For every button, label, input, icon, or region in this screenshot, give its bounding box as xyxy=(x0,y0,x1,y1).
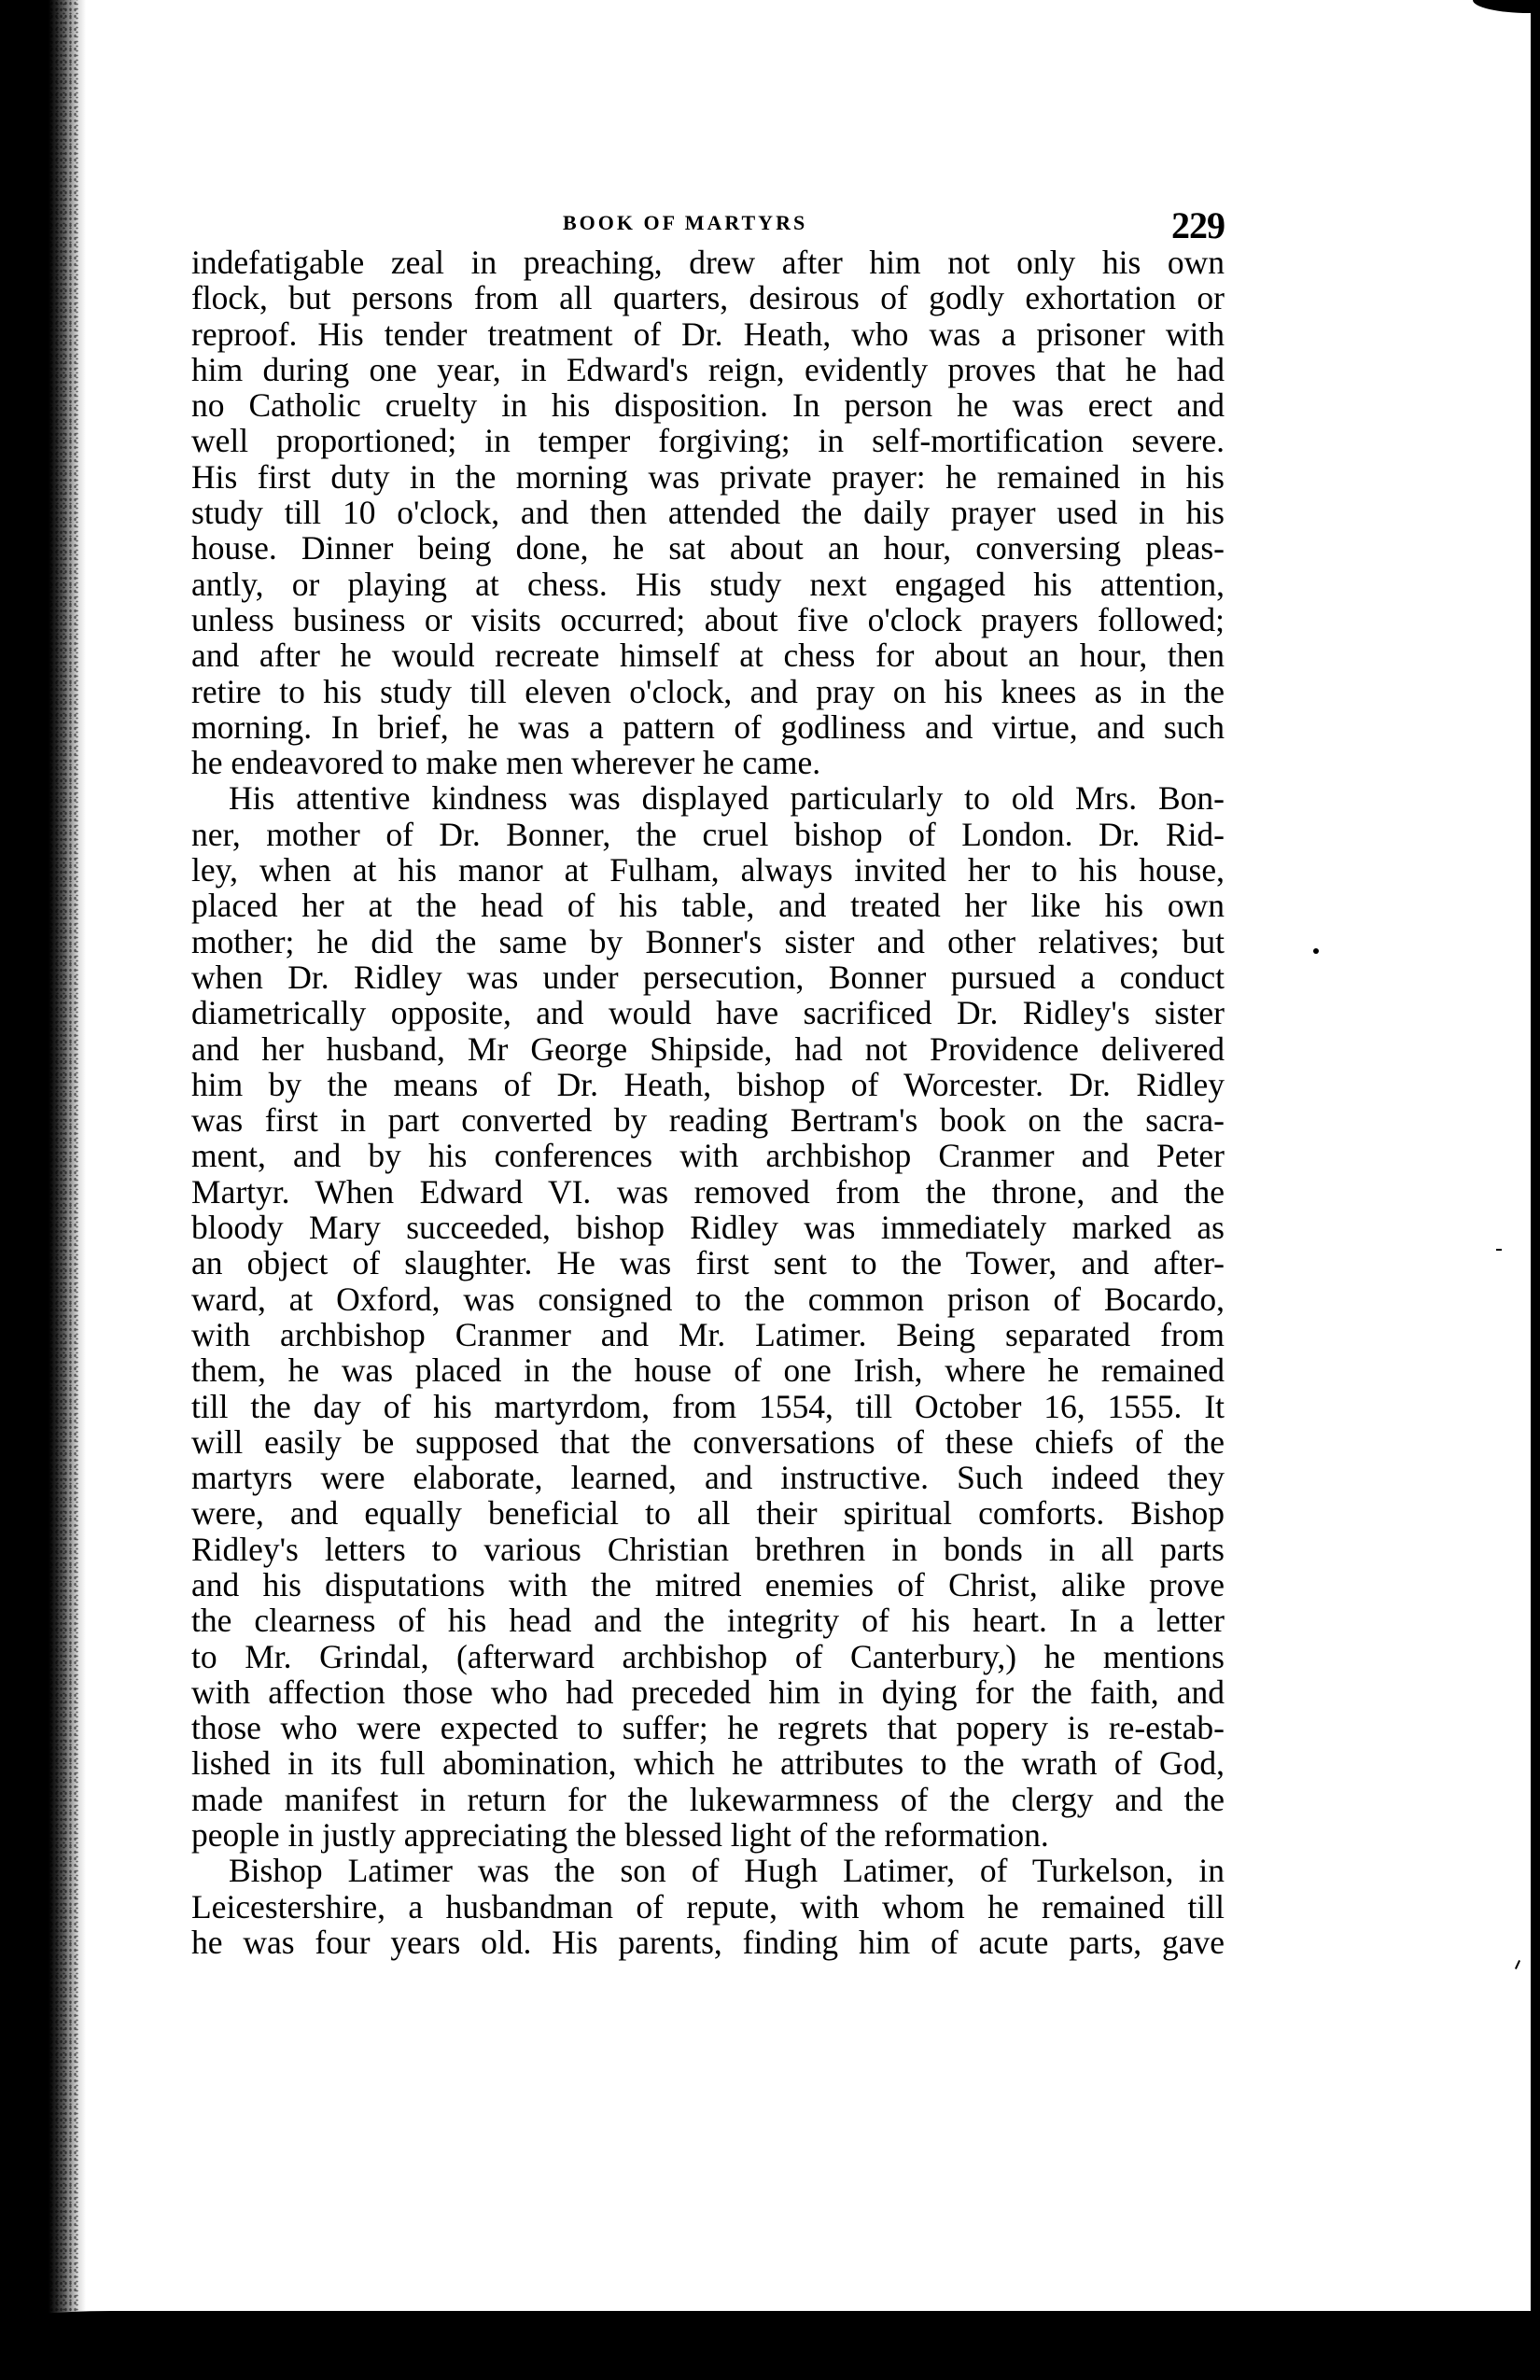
body-text: indefatigable zeal in preaching, drew af… xyxy=(191,245,1225,1960)
text-line: house. Dinner being done, he sat about a… xyxy=(191,530,1225,566)
scan-corner-top-right xyxy=(1473,0,1540,13)
text-line: study till 10 o'clock, and then attended… xyxy=(191,495,1225,530)
text-line: till the day of his martyrdom, from 1554… xyxy=(191,1389,1225,1424)
text-line: Bishop Latimer was the son of Hugh Latim… xyxy=(191,1853,1225,1888)
text-line: and after he would recreate himself at c… xyxy=(191,637,1225,673)
text-line: ment, and by his conferences with archbi… xyxy=(191,1138,1225,1173)
text-line: was first in part converted by reading B… xyxy=(191,1102,1225,1138)
text-line: ward, at Oxford, was consigned to the co… xyxy=(191,1281,1225,1317)
text-line: flock, but persons from all quarters, de… xyxy=(191,280,1225,315)
text-line: mother; he did the same by Bonner's sist… xyxy=(191,924,1225,959)
text-line: with affection those who had preceded hi… xyxy=(191,1674,1225,1710)
text-line: people in justly appreciating the blesse… xyxy=(191,1817,1225,1853)
text-line: ley, when at his manor at Fulham, always… xyxy=(191,852,1225,888)
text-line: retire to his study till eleven o'clock,… xyxy=(191,674,1225,709)
text-line: them, he was placed in the house of one … xyxy=(191,1352,1225,1388)
running-head: BOOK OF MARTYRS 229 xyxy=(191,200,1225,245)
text-line: and his disputations with the mitred ene… xyxy=(191,1567,1225,1603)
text-line: indefatigable zeal in preaching, drew af… xyxy=(191,245,1225,280)
scan-border-bottom xyxy=(0,2311,1540,2380)
paragraph-2: His attentive kindness was displayed par… xyxy=(191,780,1225,1853)
text-line: bloody Mary succeeded, bishop Ridley was… xyxy=(191,1210,1225,1245)
text-line: he was four years old. His parents, find… xyxy=(191,1925,1225,1960)
scan-border-right xyxy=(1531,0,1540,2380)
text-line: those who were expected to suffer; he re… xyxy=(191,1710,1225,1745)
text-line: Martyr. When Edward VI. was removed from… xyxy=(191,1174,1225,1210)
text-line: and her husband, Mr George Shipside, had… xyxy=(191,1031,1225,1067)
text-line: will easily be supposed that the convers… xyxy=(191,1424,1225,1460)
text-line: lished in its full abomination, which he… xyxy=(191,1745,1225,1781)
text-line: he endeavored to make men wherever he ca… xyxy=(191,745,1225,780)
text-line: morning. In brief, he was a pattern of g… xyxy=(191,709,1225,745)
text-line: well proportioned; in temper forgiving; … xyxy=(191,423,1225,458)
text-line: an object of slaughter. He was first sen… xyxy=(191,1245,1225,1281)
text-line: him by the means of Dr. Heath, bishop of… xyxy=(191,1067,1225,1102)
book-page: BOOK OF MARTYRS 229 indefatigable zeal i… xyxy=(191,200,1225,1960)
text-line: reproof. His tender treatment of Dr. Hea… xyxy=(191,316,1225,352)
text-line: His attentive kindness was displayed par… xyxy=(191,780,1225,816)
text-line: martyrs were elaborate, learned, and ins… xyxy=(191,1460,1225,1495)
scan-binding-shadow-left xyxy=(0,0,86,2380)
text-line: antly, or playing at chess. His study ne… xyxy=(191,567,1225,602)
text-line: him during one year, in Edward's reign, … xyxy=(191,352,1225,387)
text-line: to Mr. Grindal, (afterward archbishop of… xyxy=(191,1639,1225,1674)
stray-ink-dash xyxy=(1496,1249,1502,1251)
running-title: BOOK OF MARTYRS xyxy=(563,211,807,235)
text-line: were, and equally beneficial to all thei… xyxy=(191,1495,1225,1531)
text-line: His first duty in the morning was privat… xyxy=(191,459,1225,495)
text-line: placed her at the head of his table, and… xyxy=(191,888,1225,923)
text-line: diametrically opposite, and would have s… xyxy=(191,995,1225,1030)
stray-ink-tick xyxy=(1515,1960,1520,1969)
page-number: 229 xyxy=(1171,203,1225,247)
text-line: with archbishop Cranmer and Mr. Latimer.… xyxy=(191,1317,1225,1352)
text-line: when Dr. Ridley was under persecution, B… xyxy=(191,959,1225,995)
text-line: no Catholic cruelty in his disposition. … xyxy=(191,387,1225,423)
text-line: unless business or visits occurred; abou… xyxy=(191,602,1225,637)
text-line: made manifest in return for the lukewarm… xyxy=(191,1782,1225,1817)
text-line: the clearness of his head and the integr… xyxy=(191,1603,1225,1638)
text-line: Ridley's letters to various Christian br… xyxy=(191,1532,1225,1567)
paragraph-1: indefatigable zeal in preaching, drew af… xyxy=(191,245,1225,780)
text-line: Leicestershire, a husbandman of repute, … xyxy=(191,1889,1225,1925)
text-line: ner, mother of Dr. Bonner, the cruel bis… xyxy=(191,817,1225,852)
paragraph-3: Bishop Latimer was the son of Hugh Latim… xyxy=(191,1853,1225,1960)
stray-ink-dot xyxy=(1313,948,1319,954)
